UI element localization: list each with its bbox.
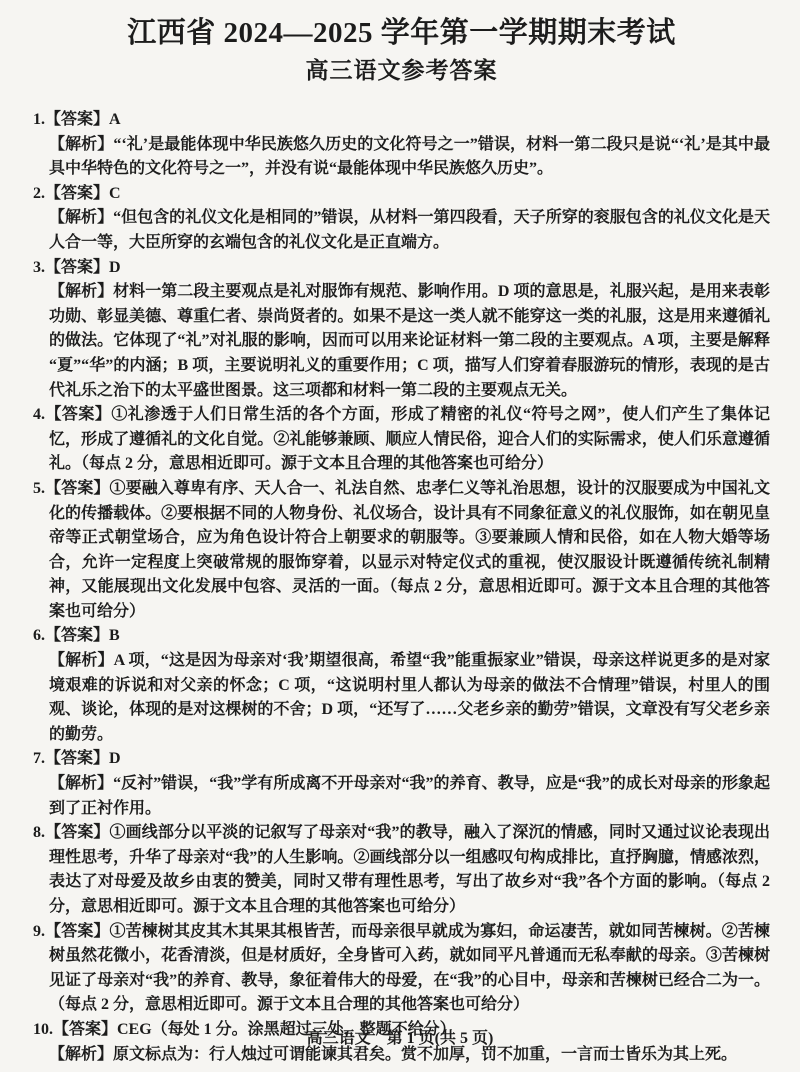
answer-item-2: 2.【答案】C 【解析】“但包含的礼仪文化是相同的”错误，从材料一第四段看，天子…	[33, 182, 770, 256]
item-number: 8.	[33, 824, 45, 841]
answer-list: 1.【答案】A 【解析】“‘礼’是最能体现中华民族悠久历史的文化符号之一”错误，…	[33, 108, 770, 1067]
answer-text: 8.【答案】①画线部分以平淡的记叙写了母亲对“我”的教导，融入了深沉的情感，同时…	[49, 821, 770, 919]
page-footer: 高三语文 第 1 页(共 5 页)	[0, 1025, 800, 1048]
answer-value: 【答案】C	[45, 185, 121, 202]
answer-value: 【答案】D	[45, 259, 121, 276]
answer-text: 7.【答案】D	[49, 747, 770, 772]
answer-item-7: 7.【答案】D 【解析】“反衬”错误，“我”学有所成离不开母亲对“我”的养育、教…	[33, 747, 770, 821]
answer-item-3: 3.【答案】D 【解析】材料一第二段主要观点是礼对服饰有规范、影响作用。D 项的…	[33, 256, 770, 404]
answer-item-4: 4.【答案】①礼渗透于人们日常生活的各个方面，形成了精密的礼仪“符号之网”，使人…	[33, 403, 770, 477]
answer-text: 1.【答案】A	[49, 108, 770, 133]
answer-text: 6.【答案】B	[49, 624, 770, 649]
answer-text: 2.【答案】C	[49, 182, 770, 207]
answer-value: 【答案】①苦楝树其皮其木其果其根皆苦，而母亲很早就成为寡妇，命运凄苦，就如同苦楝…	[45, 923, 770, 1014]
answer-value: 【答案】B	[45, 627, 120, 644]
item-number: 7.	[33, 750, 45, 767]
answer-text: 5.【答案】①要融入尊卑有序、天人合一、礼法自然、忠孝仁义等礼治思想，设计的汉服…	[49, 477, 770, 625]
answer-item-6: 6.【答案】B 【解析】A 项，“这是因为母亲对‘我’期望很高，希望“我”能重振…	[33, 624, 770, 747]
answer-value: 【答案】①画线部分以平淡的记叙写了母亲对“我”的教导，融入了深沉的情感，同时又通…	[45, 824, 770, 915]
item-number: 9.	[33, 923, 45, 940]
answer-item-8: 8.【答案】①画线部分以平淡的记叙写了母亲对“我”的教导，融入了深沉的情感，同时…	[33, 821, 770, 919]
analysis-text: 【解析】“‘礼’是最能体现中华民族悠久历史的文化符号之一”错误，材料一第二段只是…	[49, 133, 770, 182]
answer-value: 【答案】D	[45, 750, 121, 767]
item-number: 2.	[33, 185, 45, 202]
item-number: 1.	[33, 111, 45, 128]
answer-text: 9.【答案】①苦楝树其皮其木其果其根皆苦，而母亲很早就成为寡妇，命运凄苦，就如同…	[49, 920, 770, 1018]
item-number: 4.	[33, 406, 45, 423]
answer-text: 4.【答案】①礼渗透于人们日常生活的各个方面，形成了精密的礼仪“符号之网”，使人…	[49, 403, 770, 477]
analysis-text: 【解析】材料一第二段主要观点是礼对服饰有规范、影响作用。D 项的意思是，礼服兴起…	[49, 280, 770, 403]
answer-value: 【答案】A	[45, 111, 121, 128]
page-title: 江西省 2024—2025 学年第一学期期末考试	[33, 14, 770, 52]
answer-item-5: 5.【答案】①要融入尊卑有序、天人合一、礼法自然、忠孝仁义等礼治思想，设计的汉服…	[33, 477, 770, 625]
page-subtitle: 高三语文参考答案	[33, 54, 770, 86]
exam-answer-page: 江西省 2024—2025 学年第一学期期末考试 高三语文参考答案 1.【答案】…	[0, 0, 800, 1072]
answer-item-9: 9.【答案】①苦楝树其皮其木其果其根皆苦，而母亲很早就成为寡妇，命运凄苦，就如同…	[33, 920, 770, 1018]
answer-item-1: 1.【答案】A 【解析】“‘礼’是最能体现中华民族悠久历史的文化符号之一”错误，…	[33, 108, 770, 182]
answer-value: 【答案】①要融入尊卑有序、天人合一、礼法自然、忠孝仁义等礼治思想，设计的汉服要成…	[45, 480, 770, 620]
analysis-text: 【解析】A 项，“这是因为母亲对‘我’期望很高，希望“我”能重振家业”错误，母亲…	[49, 649, 770, 747]
answer-text: 3.【答案】D	[49, 256, 770, 281]
item-number: 6.	[33, 627, 45, 644]
analysis-text: 【解析】“但包含的礼仪文化是相同的”错误，从材料一第四段看，天子所穿的衮服包含的…	[49, 206, 770, 255]
answer-value: 【答案】①礼渗透于人们日常生活的各个方面，形成了精密的礼仪“符号之网”，使人们产…	[45, 406, 770, 472]
analysis-text: 【解析】“反衬”错误，“我”学有所成离不开母亲对“我”的养育、教导，应是“我”的…	[49, 772, 770, 821]
item-number: 5.	[33, 480, 45, 497]
item-number: 3.	[33, 259, 45, 276]
